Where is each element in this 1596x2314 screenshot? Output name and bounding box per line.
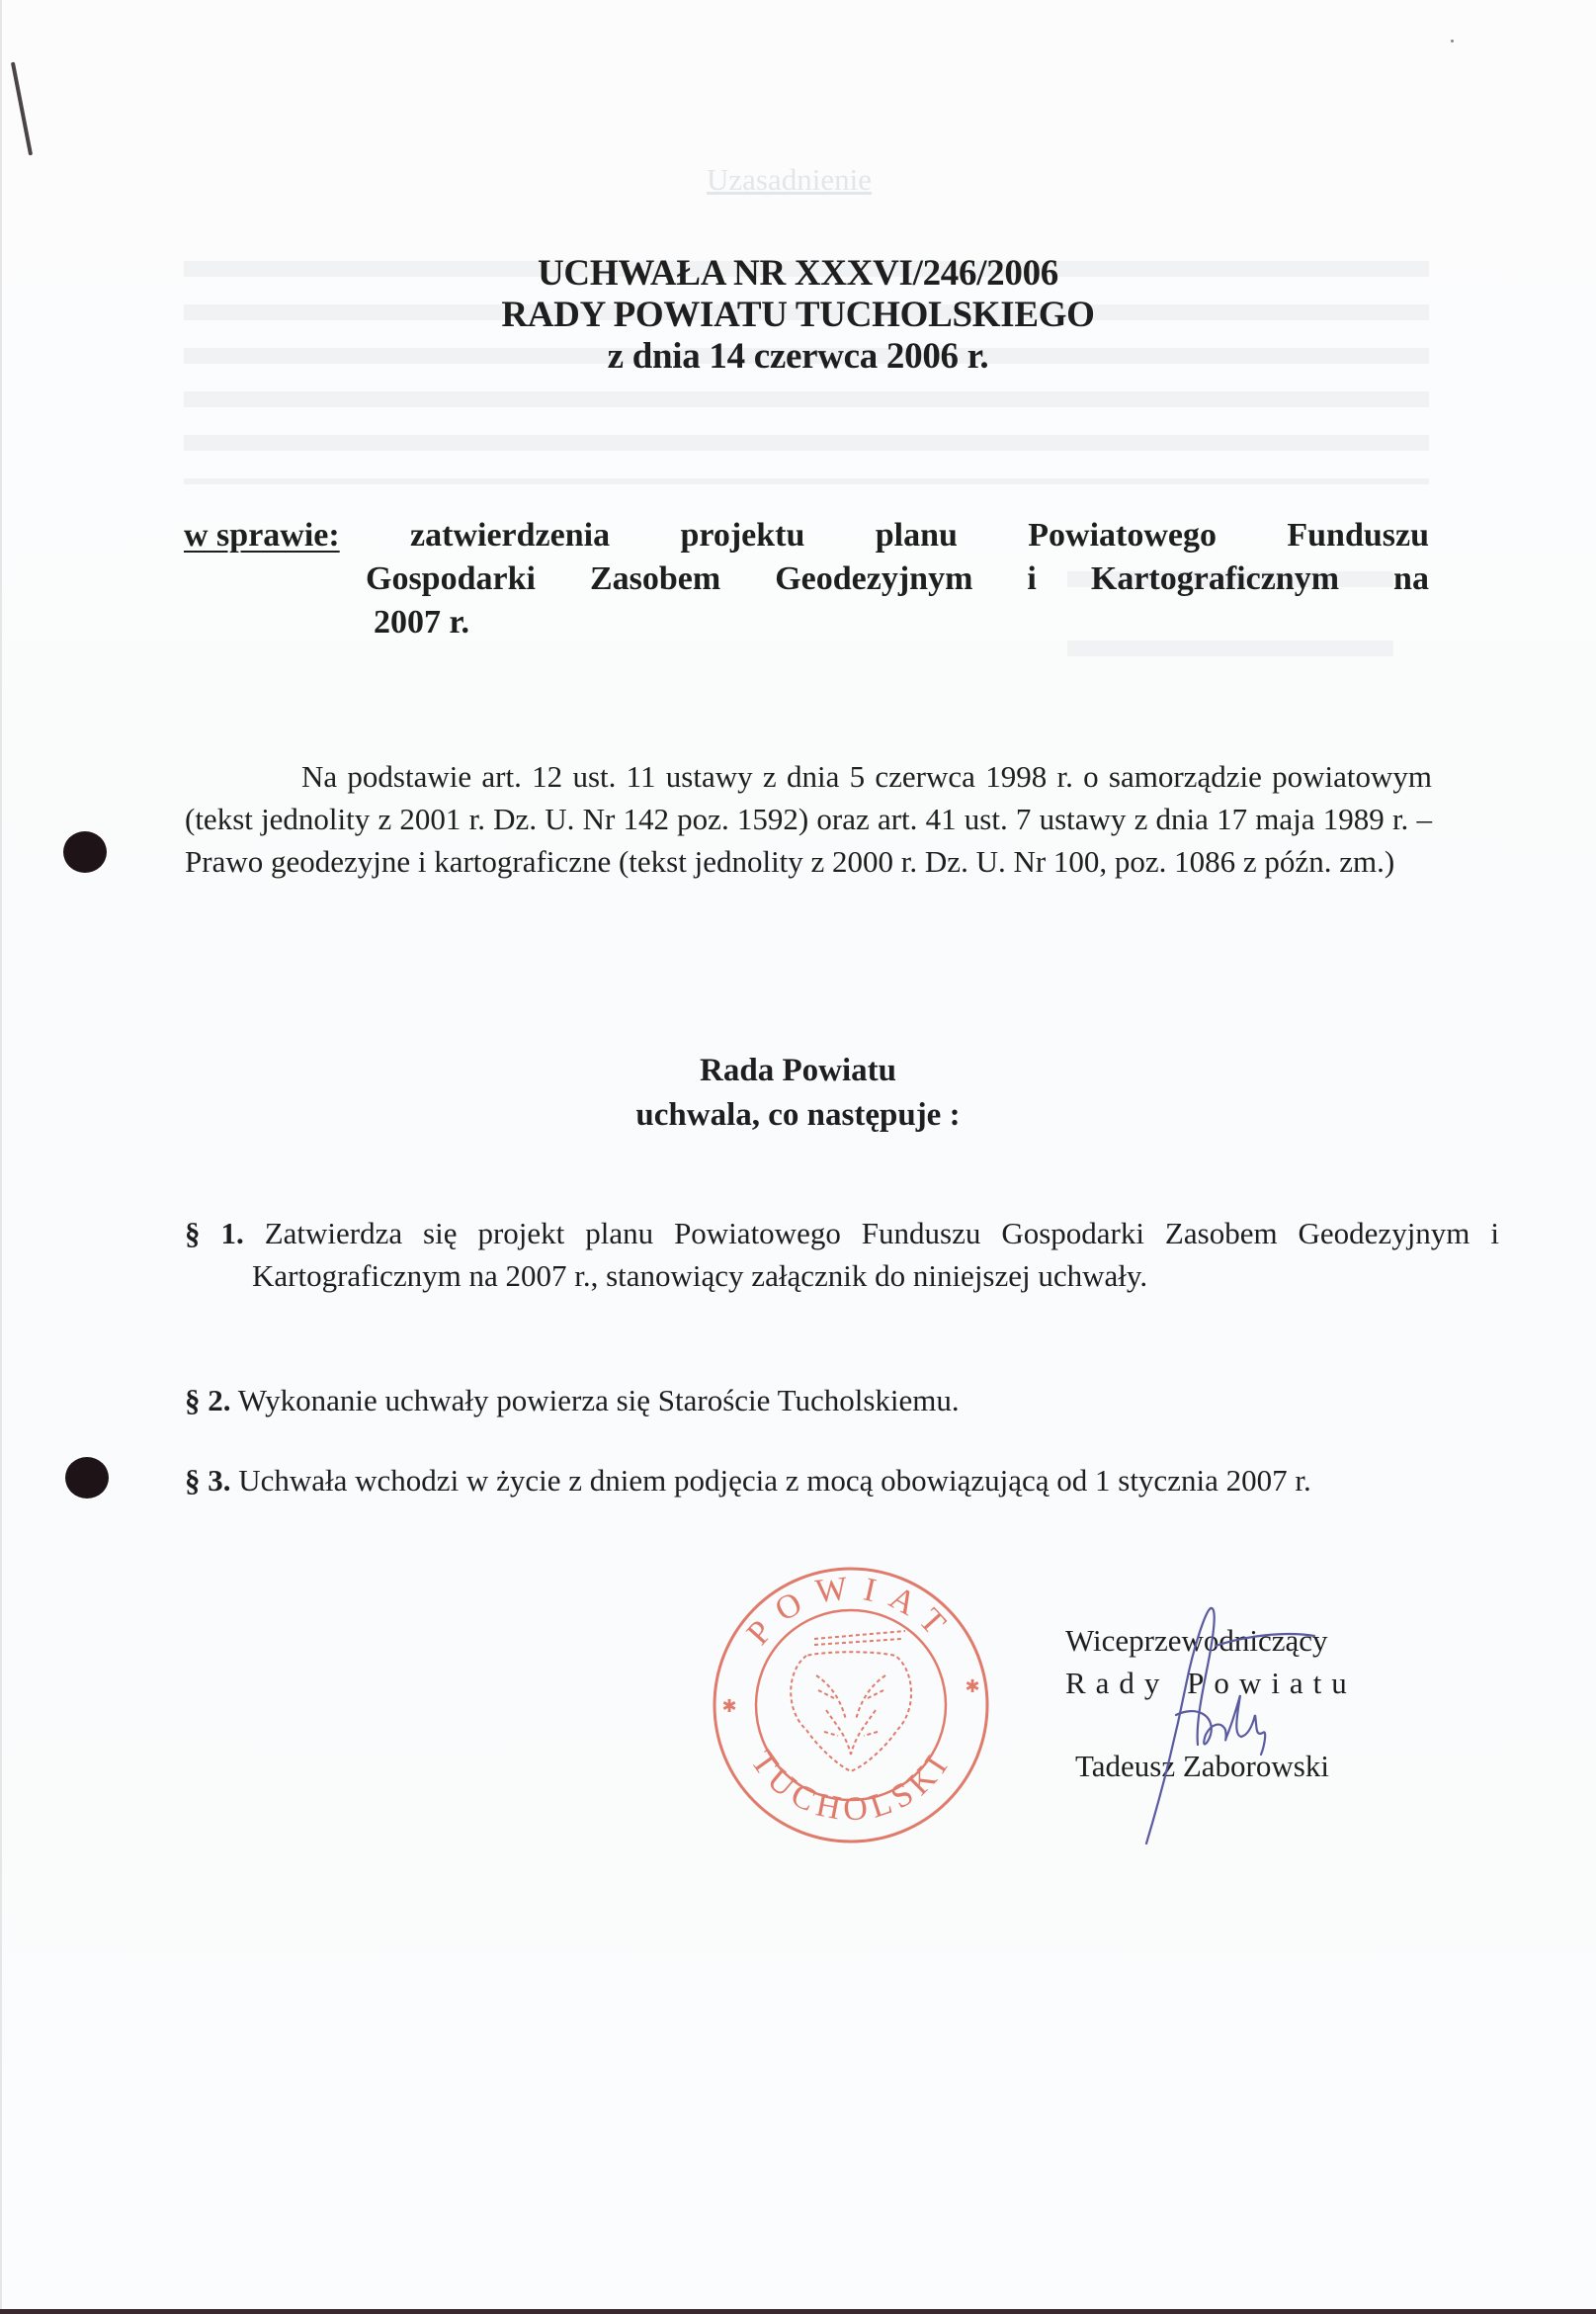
subject-word: Geodezyjnym xyxy=(775,560,972,598)
punch-hole xyxy=(63,831,107,873)
subject-word: zatwierdzenia xyxy=(410,517,610,555)
paragraph-text: Uchwała wchodzi w życie z dniem podjęcia… xyxy=(238,1463,1310,1498)
punch-hole xyxy=(65,1457,109,1499)
subject-word: na xyxy=(1393,560,1429,598)
official-stamp: POWIAT TUCHOLSKI ✱ ✱ xyxy=(708,1562,994,1848)
subject-word: planu xyxy=(876,517,958,555)
subject-word: Kartograficznym xyxy=(1091,560,1339,598)
subject-word: Powiatowego xyxy=(1028,517,1217,555)
paragraph-1: § 1. Zatwierdza się projekt planu Powiat… xyxy=(185,1212,1499,1297)
legal-basis: Na podstawie art. 12 ust. 11 ustawy z dn… xyxy=(185,755,1432,883)
scan-bottom-edge xyxy=(0,2309,1596,2314)
subject-word: projektu xyxy=(680,517,804,555)
paragraph-number: § 2. xyxy=(185,1383,231,1417)
subject-word: i xyxy=(1027,560,1036,598)
star-icon: ✱ xyxy=(721,1696,736,1716)
council-heading: Rada Powiatu xyxy=(0,1053,1596,1089)
scan-speck xyxy=(1451,40,1454,43)
paragraph-text: Zatwierdza się projekt planu Powiatowego… xyxy=(252,1216,1499,1293)
stamp-bottom-text: TUCHOLSKI xyxy=(743,1745,958,1829)
subject-word: Zasobem xyxy=(590,560,720,598)
council-resolves: uchwala, co następuje : xyxy=(0,1097,1596,1134)
resolution-number: UCHWAŁA NR XXXVI/246/2006 xyxy=(0,254,1596,294)
resolution-date: z dnia 14 czerwca 2006 r. xyxy=(0,337,1596,377)
bleed-heading: Uzasadnienie xyxy=(707,158,872,202)
subject-word: Gospodarki xyxy=(366,560,536,598)
subject-line-3: 2007 r. xyxy=(374,604,469,642)
eagle-emblem-icon xyxy=(791,1631,911,1771)
subject-word: Funduszu xyxy=(1287,517,1429,555)
star-icon: ✱ xyxy=(965,1676,979,1696)
handwritten-signature xyxy=(1117,1596,1354,1853)
council-name: RADY POWIATU TUCHOLSKIEGO xyxy=(0,296,1596,335)
paragraph-text: Wykonanie uchwały powierza się Staroście… xyxy=(238,1383,960,1417)
paragraph-3: § 3. Uchwała wchodzi w życie z dniem pod… xyxy=(185,1459,1499,1501)
subject-line-2: Gospodarki Zasobem Geodezyjnym i Kartogr… xyxy=(366,560,1429,598)
subject-label: w sprawie: xyxy=(184,517,340,555)
paragraph-2: § 2. Wykonanie uchwały powierza się Star… xyxy=(185,1379,1499,1421)
paragraph-number: § 1. xyxy=(185,1216,244,1250)
paragraph-number: § 3. xyxy=(185,1463,231,1498)
subject-line-1: w sprawie: zatwierdzenia projektu planu … xyxy=(184,517,1429,555)
